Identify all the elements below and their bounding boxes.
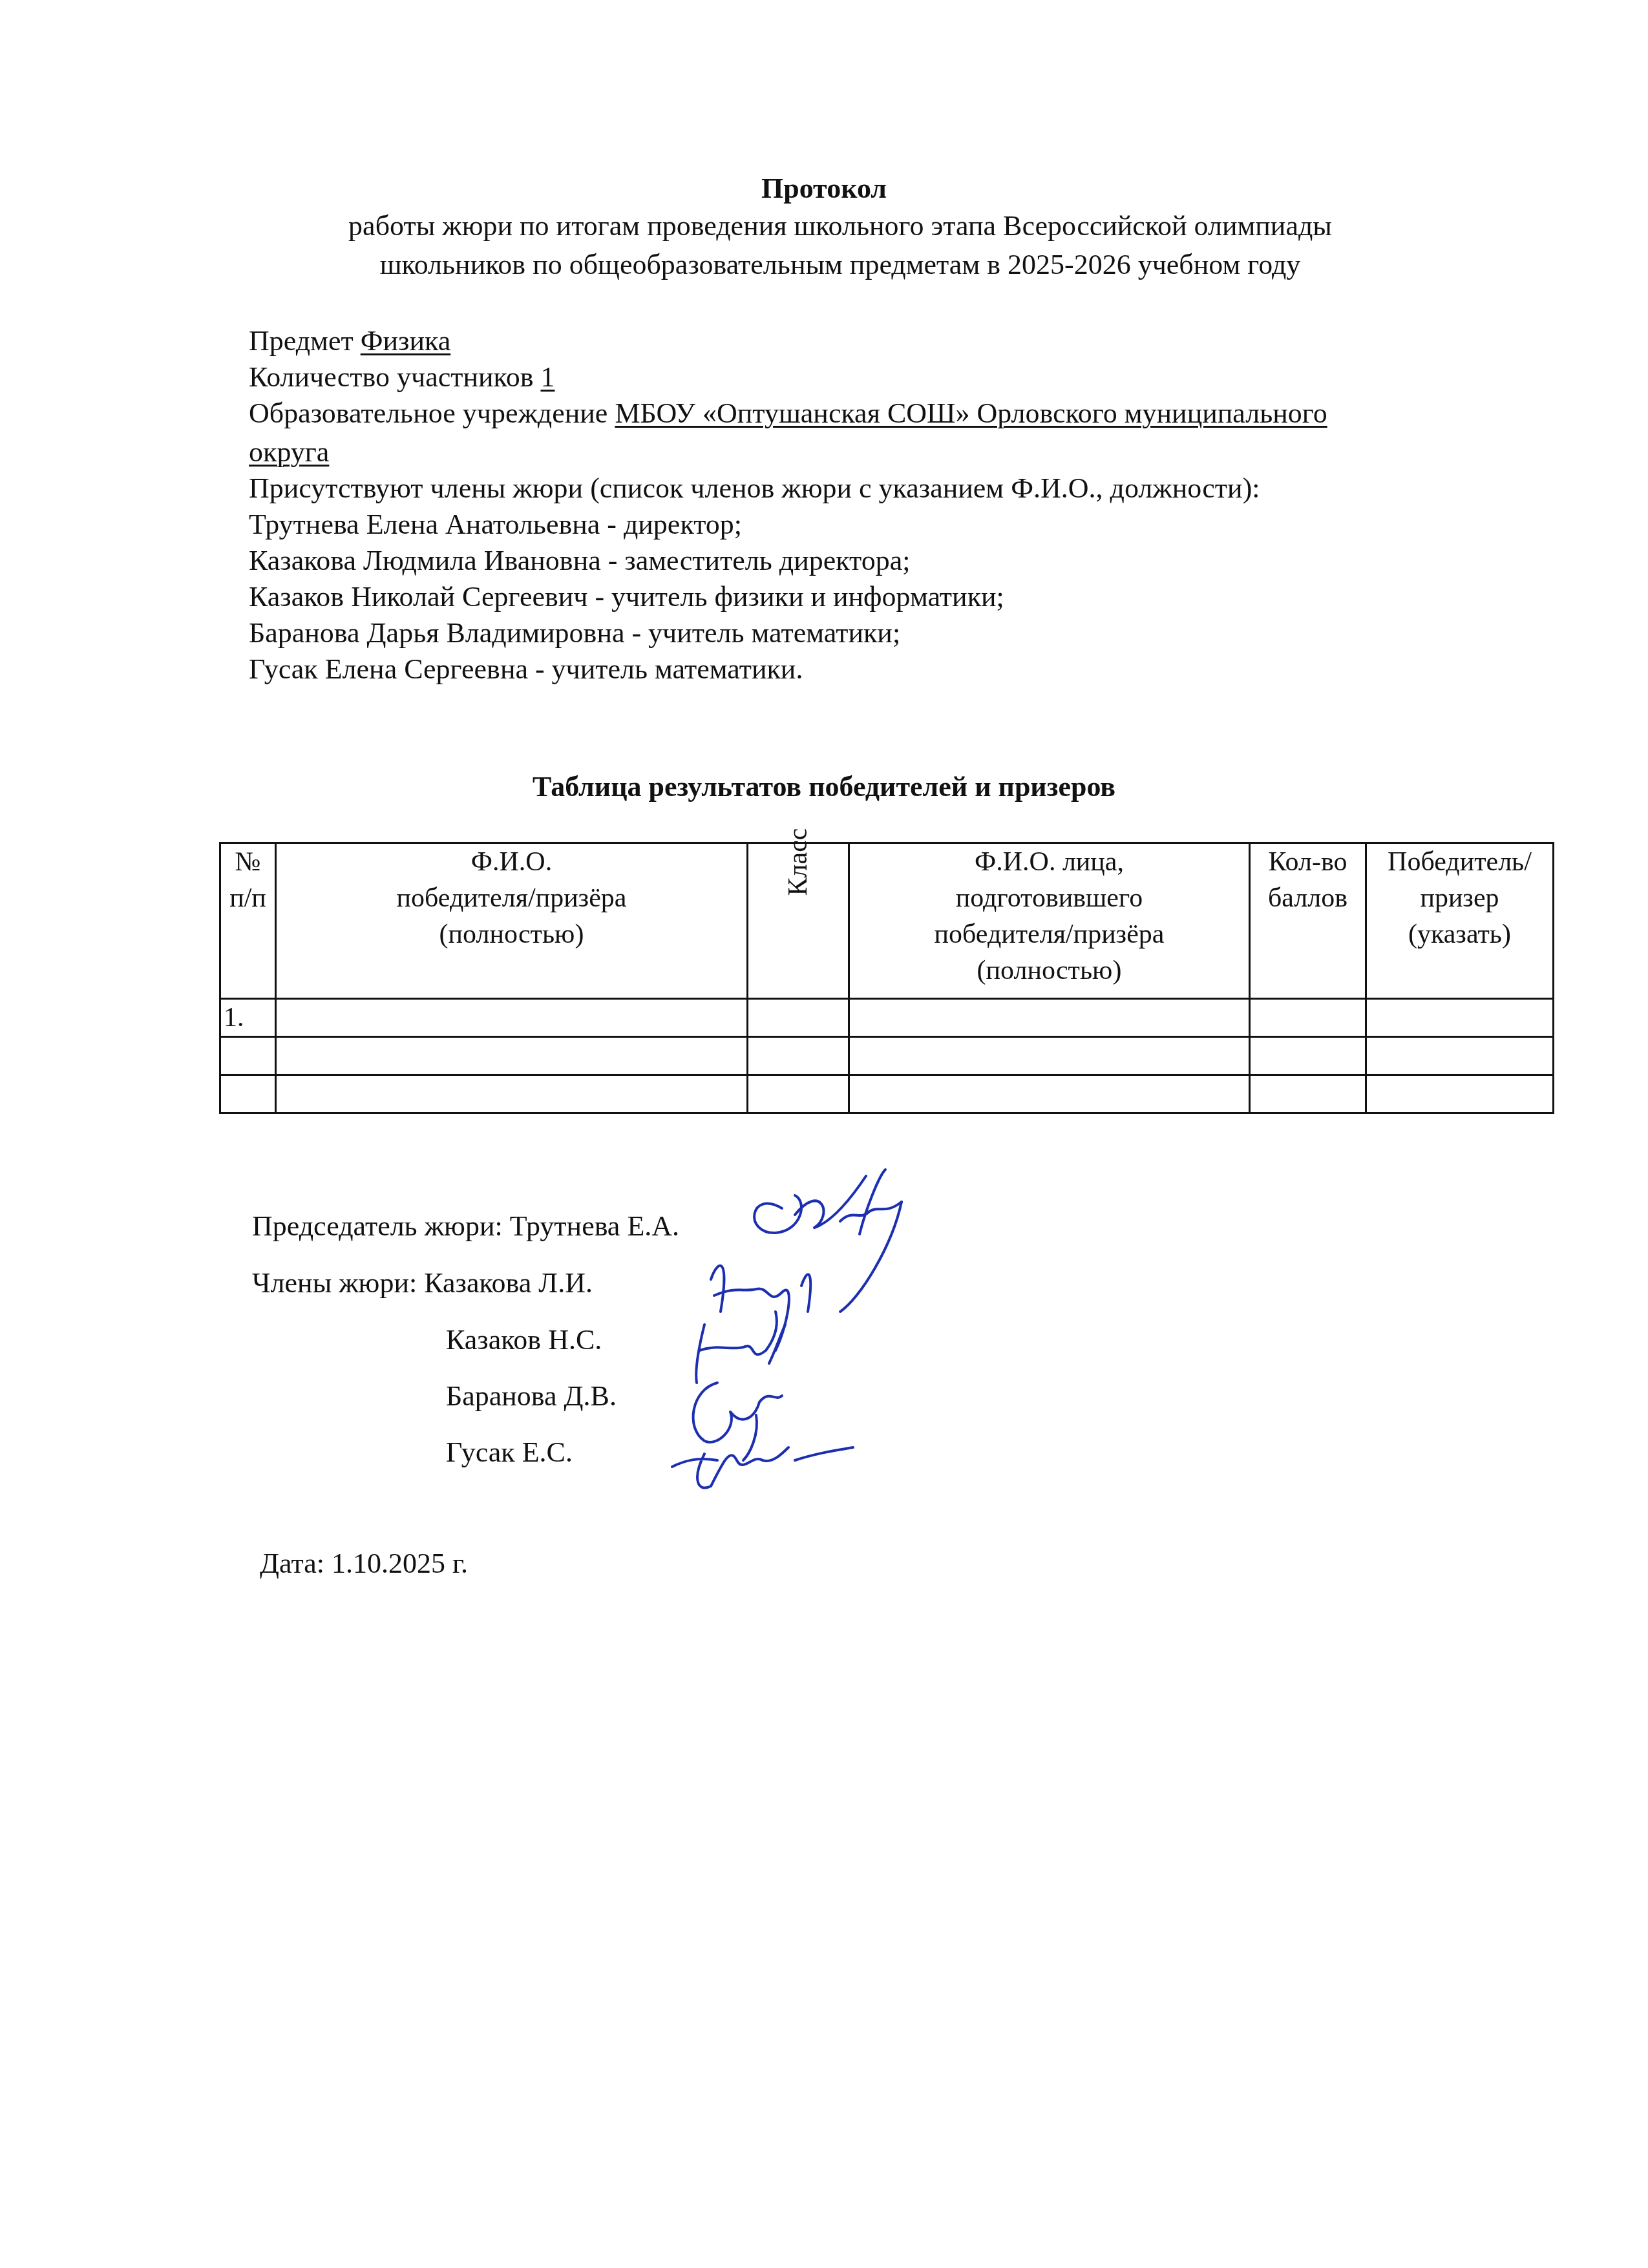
handwritten-signatures-icon	[646, 1157, 950, 1506]
cell-score	[1250, 999, 1366, 1037]
header-num: № п/п	[220, 843, 276, 999]
institution-line: Образовательное учреждение МБОУ «Оптушан…	[249, 395, 1490, 432]
jury-member: Трутнева Елена Анатольевна - директор;	[249, 507, 1490, 543]
chair-signature-label: Председатель жюри: Трутнева Е.А.	[252, 1210, 679, 1243]
header-teacher-name: Ф.И.О. лица, подготовившего победителя/п…	[849, 843, 1250, 999]
cell-score	[1250, 1037, 1366, 1075]
table-row	[220, 1037, 1554, 1075]
cell-teacher-name	[849, 1075, 1250, 1113]
cell-class	[748, 999, 849, 1037]
cell-num	[220, 1075, 276, 1113]
institution-value-cont: округа	[249, 436, 329, 468]
header-score: Кол-во баллов	[1250, 843, 1366, 999]
header-winner-name: Ф.И.О. победителя/призёра (полностью)	[276, 843, 748, 999]
participants-label: Количество участников	[249, 361, 541, 393]
subtitle-line-1: работы жюри по итогам проведения школьно…	[259, 207, 1422, 246]
cell-status	[1366, 999, 1554, 1037]
jury-member: Гусак Елена Сергеевна - учитель математи…	[249, 651, 1490, 688]
member-signature-label: Казаков Н.С.	[446, 1323, 602, 1356]
cell-num	[220, 1037, 276, 1075]
cell-score	[1250, 1075, 1366, 1113]
header-class: Класс	[748, 843, 849, 999]
jury-member: Казакова Людмила Ивановна - заместитель …	[249, 543, 1490, 579]
subject-label: Предмет	[249, 325, 361, 357]
participants-line: Количество участников 1	[249, 359, 1490, 395]
document-page: Протокол работы жюри по итогам проведени…	[0, 0, 1648, 2268]
cell-winner-name	[276, 1037, 748, 1075]
cell-teacher-name	[849, 1037, 1250, 1075]
institution-value: МБОУ «Оптушанская СОШ» Орловского муници…	[615, 397, 1327, 429]
cell-status	[1366, 1037, 1554, 1075]
member-signature-label: Баранова Д.В.	[446, 1380, 617, 1412]
subject-value: Физика	[361, 325, 450, 357]
cell-status	[1366, 1075, 1554, 1113]
subject-line: Предмет Физика	[249, 323, 1490, 359]
document-title: Протокол	[0, 169, 1648, 208]
protocol-info: Предмет Физика Количество участников 1 О…	[249, 323, 1490, 688]
cell-winner-name	[276, 999, 748, 1037]
results-table-title: Таблица результатов победителей и призер…	[0, 768, 1648, 806]
jury-member: Баранова Дарья Владимировна - учитель ма…	[249, 615, 1490, 651]
member-signature-label: Гусак Е.С.	[446, 1436, 573, 1469]
cell-winner-name	[276, 1075, 748, 1113]
participants-value: 1	[541, 361, 555, 393]
cell-class	[748, 1075, 849, 1113]
cell-teacher-name	[849, 999, 1250, 1037]
subtitle-line-2: школьников по общеобразовательным предме…	[259, 246, 1422, 284]
cell-num: 1.	[220, 999, 276, 1037]
institution-label: Образовательное учреждение	[249, 397, 615, 429]
jury-member: Казаков Николай Сергеевич - учитель физи…	[249, 579, 1490, 615]
jury-intro: Присутствуют члены жюри (список членов ж…	[249, 470, 1490, 507]
table-header-row: № п/п Ф.И.О. победителя/призёра (полност…	[220, 843, 1554, 999]
cell-class	[748, 1037, 849, 1075]
document-date: Дата: 1.10.2025 г.	[260, 1544, 468, 1583]
institution-line-2: округа	[249, 434, 1490, 470]
table-row	[220, 1075, 1554, 1113]
results-table: № п/п Ф.И.О. победителя/призёра (полност…	[219, 842, 1554, 1114]
header-status: Победитель/ призер (указать)	[1366, 843, 1554, 999]
table-row: 1.	[220, 999, 1554, 1037]
document-subtitle: работы жюри по итогам проведения школьно…	[259, 207, 1422, 284]
members-signature-label: Члены жюри: Казакова Л.И.	[252, 1266, 593, 1299]
